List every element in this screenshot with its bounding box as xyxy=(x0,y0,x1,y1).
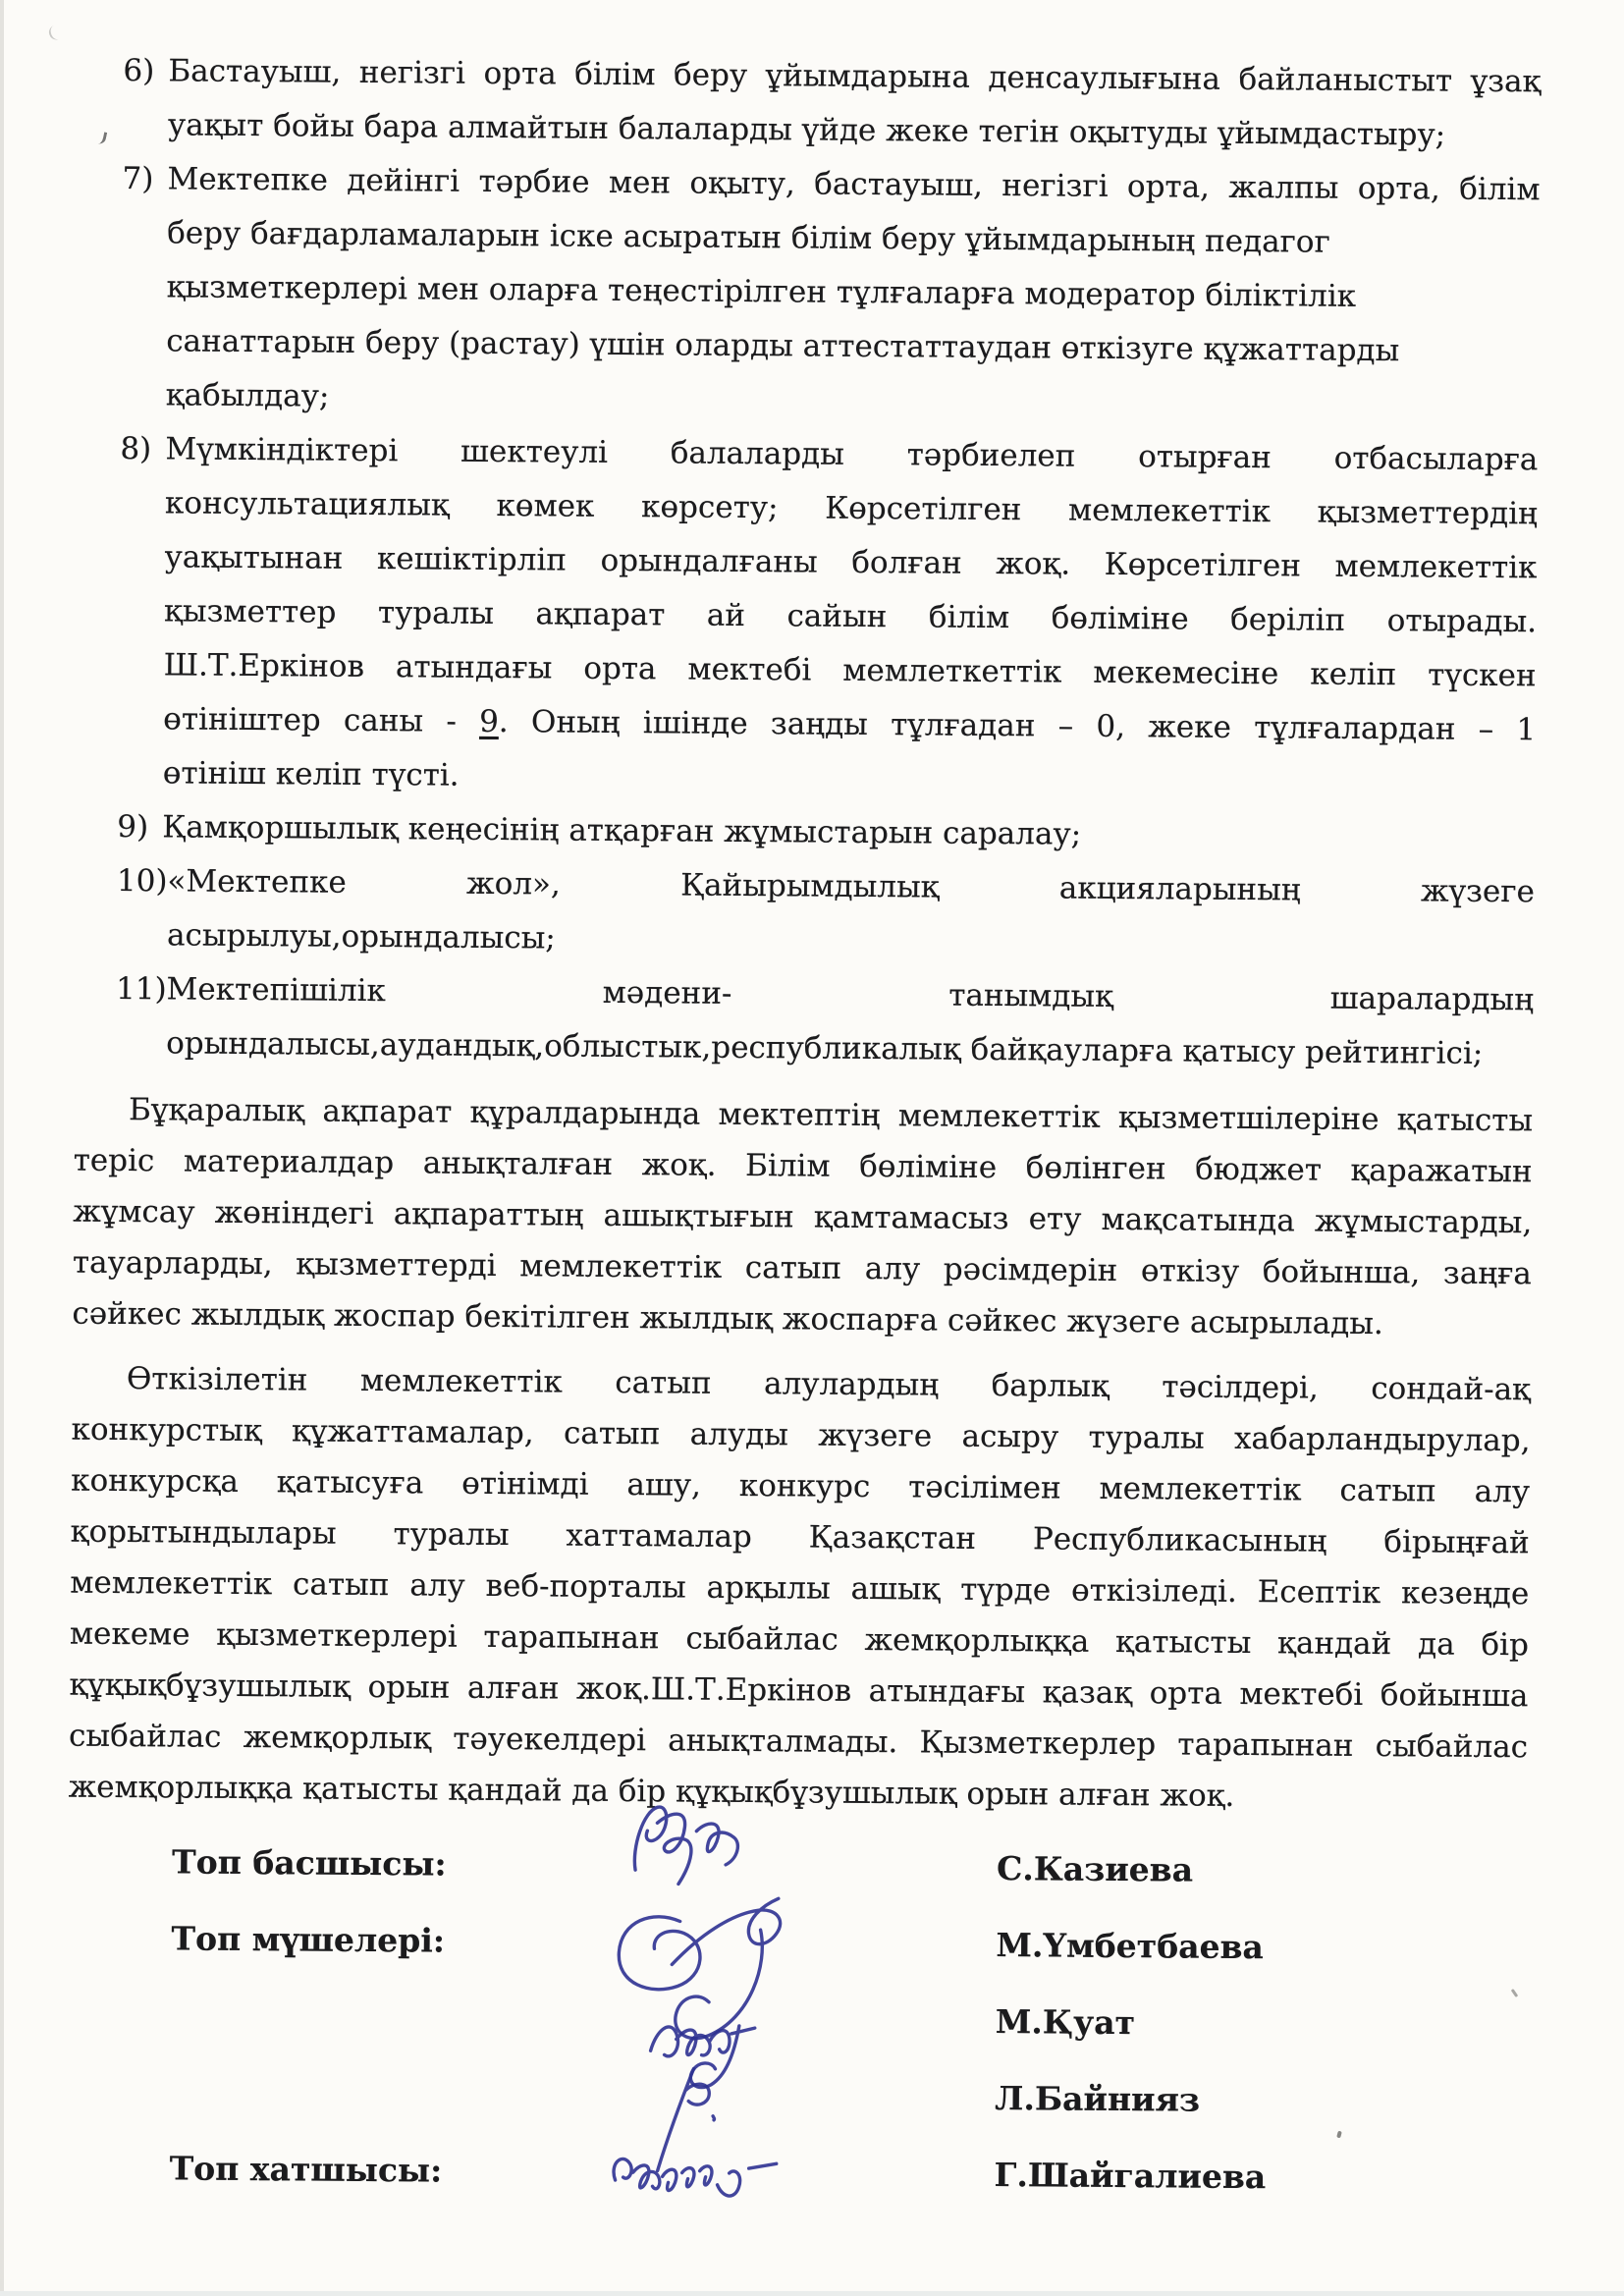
text-run: беру бағдарламаларын іске асыратын білім… xyxy=(167,215,1330,259)
text-run: қызметкерлері мен оларға теңестірілген т… xyxy=(167,269,1357,314)
signature-role-label xyxy=(171,2014,599,2017)
signature-space xyxy=(599,2018,996,2021)
text-run: асырылуы,орындалысы; xyxy=(167,917,556,956)
text-run: Өткізілетін мемлекеттік сатып алулардың … xyxy=(127,1361,1531,1407)
text-run: Бұқаралық ақпарат құралдарында мектептің… xyxy=(129,1092,1533,1138)
signature-role-label xyxy=(170,2091,598,2094)
list-item: 7)Мектепке дейінгі тәрбие мен оқыту, бас… xyxy=(121,152,1541,433)
signature-row: Топ хатшысы:Г.Шайгалиева xyxy=(169,2129,1525,2216)
signatory-name: Л.Байнияз xyxy=(995,2079,1200,2119)
text-line: санаттарын беру (растау) үшін оларды атт… xyxy=(166,314,1539,379)
signature-space xyxy=(598,2095,995,2098)
text-run: мемлекеттік сатып алу веб-порталы арқылы… xyxy=(70,1565,1529,1613)
signatory-name: С.Казиева xyxy=(997,1849,1193,1889)
paragraph: Бұқаралық ақпарат құралдарында мектептің… xyxy=(72,1084,1533,1351)
signature-row: Топ мүшелері:М.Үмбетбаева xyxy=(171,1899,1527,1987)
text-run: «Мектепке жол», Қайырымдылық акцияларыны… xyxy=(167,863,1535,909)
document-content: 6)Бастауыш, негізгі орта білім беру ұйым… xyxy=(0,0,1624,2217)
paragraphs: Бұқаралық ақпарат құралдарында мектептің… xyxy=(69,1084,1534,1825)
text-run: жемқорлыққа қатысты қандай да бір құқықб… xyxy=(69,1770,1235,1814)
text-run: сәйкес жылдық жоспар бекітілген жылдық ж… xyxy=(72,1296,1383,1341)
text-run: тауарларды, қызметтерді мемлекеттік саты… xyxy=(73,1245,1532,1292)
list-item-text: Мүмкіндіктері шектеулі балаларды тәрбиел… xyxy=(163,422,1539,811)
text-run: уақытынан кешіктірліп орындалғаны болған… xyxy=(164,539,1537,585)
signature-role-label: Топ басшысы: xyxy=(172,1842,600,1884)
text-run: құқықбұзушылық орын алған жоқ.Ш.Т.Еркіно… xyxy=(69,1667,1528,1715)
paragraph: Өткізілетін мемлекеттік сатып алулардың … xyxy=(69,1353,1532,1825)
text-run: Мектепке дейінгі тәрбие мен оқыту, баста… xyxy=(167,161,1540,207)
list-item: 11)Мектепішілік мәдени- танымдық шаралар… xyxy=(115,962,1534,1081)
text-run: жұмсау жөніндегі ақпараттың ашықтығын қа… xyxy=(73,1194,1532,1241)
signature-role-label: Топ хатшысы: xyxy=(170,2149,598,2190)
underlined-value: 9 xyxy=(479,704,499,739)
signature-space xyxy=(599,1941,996,1944)
text-run: теріс материалдар анықталған жоқ. Білім … xyxy=(74,1143,1533,1190)
scanned-document-page: 6)Бастауыш, негізгі орта білім беру ұйым… xyxy=(0,0,1624,2296)
text-run: орындалысы,аудандық,облыстык,республикал… xyxy=(166,1025,1483,1071)
text-run: өтініштер саны - xyxy=(163,701,479,739)
list-number: 6) xyxy=(123,44,169,152)
scan-edge-bottom xyxy=(0,2291,1624,2296)
text-run: қорытындылары туралы хаттамалар Қазақста… xyxy=(71,1514,1530,1561)
signature-space xyxy=(600,1865,997,1868)
text-run: Ш.Т.Еркінов атындағы орта мектебі мемлет… xyxy=(164,647,1537,693)
signatory-name: М.Қуат xyxy=(996,2002,1136,2042)
list-item-text: Мектепішілік мәдени- танымдық шаралардың… xyxy=(166,962,1534,1081)
list-item-text: «Мектепке жол», Қайырымдылық акцияларыны… xyxy=(167,854,1535,973)
text-run: Мектепішілік мәдени- танымдық шаралардың xyxy=(166,971,1534,1017)
list-item-text: Бастауыш, негізгі орта білім беру ұйымда… xyxy=(168,44,1542,163)
list-item: 8)Мүмкіндіктері шектеулі балаларды тәрби… xyxy=(118,422,1539,811)
text-run: Мүмкіндіктері шектеулі балаларды тәрбиел… xyxy=(165,431,1538,477)
text-line: сәйкес жылдық жоспар бекітілген жылдық ж… xyxy=(72,1288,1531,1351)
signature-block: Топ басшысы:С.КазиеваТоп мүшелері:М.Үмбе… xyxy=(169,1823,1527,2216)
list-number: 7) xyxy=(121,152,168,422)
text-run: санаттарын беру (растау) үшін оларды атт… xyxy=(166,323,1399,368)
list-number: 8) xyxy=(118,422,166,800)
text-run: уақыт бойы бара алмайтын балаларды үйде … xyxy=(168,107,1445,152)
signature-space xyxy=(598,2171,995,2174)
list-item: 10)«Мектепке жол», Қайырымдылық акциялар… xyxy=(116,854,1535,973)
list-number: 9) xyxy=(117,800,162,854)
text-run: өтініш келіп түсті. xyxy=(163,755,460,793)
text-run: консультациялық көмек көрсету; Көрсетілг… xyxy=(165,485,1538,531)
text-run: конкурсқа қатысуға өтінімді ашу, конкурс… xyxy=(71,1463,1530,1510)
signatory-name: М.Үмбетбаева xyxy=(996,1926,1264,1966)
text-run: Бастауыш, негізгі орта білім беру ұйымда… xyxy=(168,53,1541,99)
text-line: орындалысы,аудандық,облыстык,республикал… xyxy=(166,1016,1534,1081)
list-item: 6)Бастауыш, негізгі орта білім беру ұйым… xyxy=(123,44,1542,163)
scan-edge-left xyxy=(0,0,4,2296)
list-number: 10) xyxy=(116,854,167,962)
signature-row: М.Қуат xyxy=(171,1976,1527,2063)
signature-row: Л.Байнияз xyxy=(170,2052,1526,2140)
text-run: қабылдау; xyxy=(166,377,330,413)
list-item-text: Мектепке дейінгі тәрбие мен оқыту, баста… xyxy=(166,152,1541,433)
signature-role-label: Топ мүшелері: xyxy=(171,1919,599,1960)
text-run: Қамқоршылық кеңесінің атқарған жұмыстары… xyxy=(162,809,1081,851)
text-run: мекеме қызметкерлері тарапынан сыбайлас … xyxy=(70,1616,1529,1664)
numbered-list: 6)Бастауыш, негізгі орта білім беру ұйым… xyxy=(74,44,1541,1082)
signatory-name: Г.Шайгалиева xyxy=(994,2156,1266,2196)
text-run: сыбайлас жемқорлық тәуекелдері анықталма… xyxy=(69,1719,1528,1766)
text-run: конкурстық құжаттамалар, сатып алуды жүз… xyxy=(71,1412,1530,1459)
text-run: . Оның ішінде заңды тұлғадан – 0, жеке т… xyxy=(499,704,1537,747)
signature-row: Топ басшысы:С.Казиева xyxy=(172,1823,1528,1910)
text-run: қызметтер туралы ақпарат ай сайын білім … xyxy=(164,593,1537,639)
list-number: 11) xyxy=(115,962,166,1070)
